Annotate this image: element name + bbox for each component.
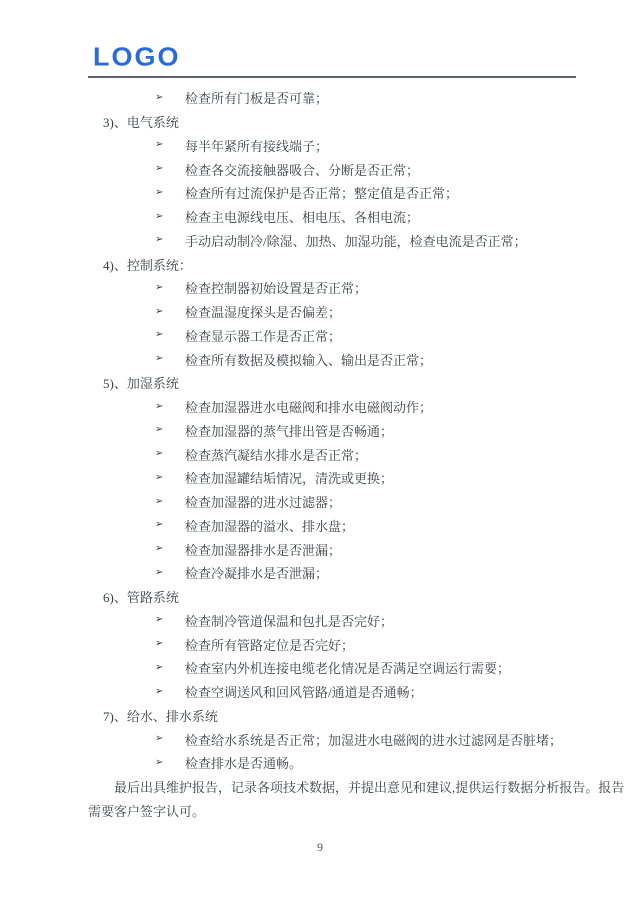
checklist-item: ➢每半年紧所有接线端子； [88,134,578,158]
company-logo: LOGO [93,45,181,71]
checklist-item-text: 检查所有数据及模拟输入、输出是否正常； [185,350,432,369]
checklist-item-text: 检查控制器初始设置是否正常； [185,278,367,297]
section-heading: 3)、电气系统 [88,110,578,134]
checklist-item-text: 检查主电源线电压、相电压、各相电流； [185,207,419,226]
arrow-bullet-icon: ➢ [155,354,185,364]
checklist-item: ➢检查蒸汽凝结水排水是否正常； [88,442,578,466]
arrow-bullet-icon: ➢ [155,568,185,578]
checklist-item: ➢检查所有过流保护是否正常；整定值是否正常； [88,181,578,205]
section-heading: 6)、管路系统 [88,585,578,609]
checklist-item: ➢检查加湿器的蒸气排出管是否畅通； [88,419,578,443]
checklist-item: ➢检查所有数据及模拟输入、输出是否正常； [88,347,578,371]
arrow-bullet-icon: ➢ [155,497,185,507]
checklist-item-text: 检查空调送风和回风管路/通道是否通畅； [185,682,423,701]
checklist-item-text: 检查加湿器的蒸气排出管是否畅通； [185,421,393,440]
arrow-bullet-icon: ➢ [155,283,185,293]
arrow-bullet-icon: ➢ [155,615,185,625]
arrow-bullet-icon: ➢ [155,425,185,435]
section-heading: 4)、控制系统： [88,252,578,276]
arrow-bullet-icon: ➢ [155,93,185,103]
section-heading: 7)、给水、排水系统 [88,704,578,728]
checklist-item-text: 检查冷凝排水是否泄漏； [185,563,328,582]
checklist-item-text: 检查各交流接触器吸合、分断是否正常； [185,160,419,179]
arrow-bullet-icon: ➢ [155,687,185,697]
page-number: 9 [317,840,323,854]
arrow-bullet-icon: ➢ [155,188,185,198]
paragraph-line: 最后出具维护报告，记录各项技术数据，并提出意见和建议,提供运行数据分析报告。报告 [88,775,578,799]
checklist-item: ➢检查加湿器排水是否泄漏； [88,537,578,561]
arrow-bullet-icon: ➢ [155,164,185,174]
checklist-item-text: 检查加湿器排水是否泄漏； [185,540,341,559]
checklist-item: ➢检查室内外机连接电缆老化情况是否满足空调运行需要； [88,656,578,680]
checklist-item-text: 检查所有门板是否可靠； [185,88,328,107]
arrow-bullet-icon: ➢ [155,520,185,530]
checklist-item: ➢检查显示器工作是否正常； [88,324,578,348]
arrow-bullet-icon: ➢ [155,544,185,554]
checklist-item-text: 检查蒸汽凝结水排水是否正常； [185,445,367,464]
checklist-item: ➢检查加湿罐结垢情况，清洗或更换； [88,466,578,490]
arrow-bullet-icon: ➢ [155,402,185,412]
checklist-item-text: 检查给水系统是否正常；加湿进水电磁阀的进水过滤网是否脏堵； [185,730,562,749]
arrow-bullet-icon: ➢ [155,663,185,673]
checklist-item: ➢检查加湿器的进水过滤器； [88,490,578,514]
checklist-item-text: 检查加湿罐结垢情况，清洗或更换； [185,468,393,487]
arrow-bullet-icon: ➢ [155,449,185,459]
page-footer: 9 [0,838,640,856]
document-page: LOGO ➢检查所有门板是否可靠；3)、电气系统➢每半年紧所有接线端子；➢检查各… [0,0,640,906]
checklist-item: ➢检查主电源线电压、相电压、各相电流； [88,205,578,229]
checklist-item-text: 手动启动制冷/除湿、加热、加湿功能，检查电流是否正常； [185,231,527,250]
checklist-item: ➢检查排水是否通畅。 [88,751,578,775]
arrow-bullet-icon: ➢ [155,734,185,744]
checklist-item-text: 检查制冷管道保温和包扎是否完好； [185,611,393,630]
document-body: ➢检查所有门板是否可靠；3)、电气系统➢每半年紧所有接线端子；➢检查各交流接触器… [88,86,578,822]
checklist-item: ➢检查所有门板是否可靠； [88,86,578,110]
checklist-item: ➢检查冷凝排水是否泄漏； [88,561,578,585]
checklist-item: ➢检查控制器初始设置是否正常； [88,276,578,300]
arrow-bullet-icon: ➢ [155,473,185,483]
arrow-bullet-icon: ➢ [155,330,185,340]
checklist-item-text: 检查温湿度探头是否偏差； [185,302,341,321]
checklist-item-text: 检查加湿器的进水过滤器； [185,492,341,511]
section-heading: 5)、加湿系统 [88,371,578,395]
checklist-item: ➢检查加湿器的溢水、排水盘； [88,514,578,538]
paragraph-line: 需要客户签字认可。 [88,799,578,823]
checklist-item: ➢检查温湿度探头是否偏差； [88,300,578,324]
arrow-bullet-icon: ➢ [155,639,185,649]
checklist-item-text: 检查加湿器的溢水、排水盘； [185,516,354,535]
arrow-bullet-icon: ➢ [155,212,185,222]
arrow-bullet-icon: ➢ [155,758,185,768]
arrow-bullet-icon: ➢ [155,307,185,317]
checklist-item: ➢手动启动制冷/除湿、加热、加湿功能，检查电流是否正常； [88,229,578,253]
checklist-item-text: 检查显示器工作是否正常； [185,326,341,345]
checklist-item: ➢检查各交流接触器吸合、分断是否正常； [88,157,578,181]
checklist-item-text: 检查所有管路定位是否完好； [185,635,354,654]
checklist-item-text: 检查排水是否通畅。 [185,753,302,772]
arrow-bullet-icon: ➢ [155,235,185,245]
checklist-item-text: 检查室内外机连接电缆老化情况是否满足空调运行需要； [185,658,510,677]
checklist-item: ➢检查给水系统是否正常；加湿进水电磁阀的进水过滤网是否脏堵； [88,727,578,751]
checklist-item: ➢检查空调送风和回风管路/通道是否通畅； [88,680,578,704]
checklist-item-text: 检查加湿器进水电磁阀和排水电磁阀动作； [185,397,432,416]
arrow-bullet-icon: ➢ [155,140,185,150]
checklist-item: ➢检查所有管路定位是否完好； [88,632,578,656]
checklist-item-text: 每半年紧所有接线端子； [185,136,328,155]
header-divider [88,76,576,78]
checklist-item-text: 检查所有过流保护是否正常；整定值是否正常； [185,183,458,202]
checklist-item: ➢检查制冷管道保温和包扎是否完好； [88,609,578,633]
checklist-item: ➢检查加湿器进水电磁阀和排水电磁阀动作； [88,395,578,419]
